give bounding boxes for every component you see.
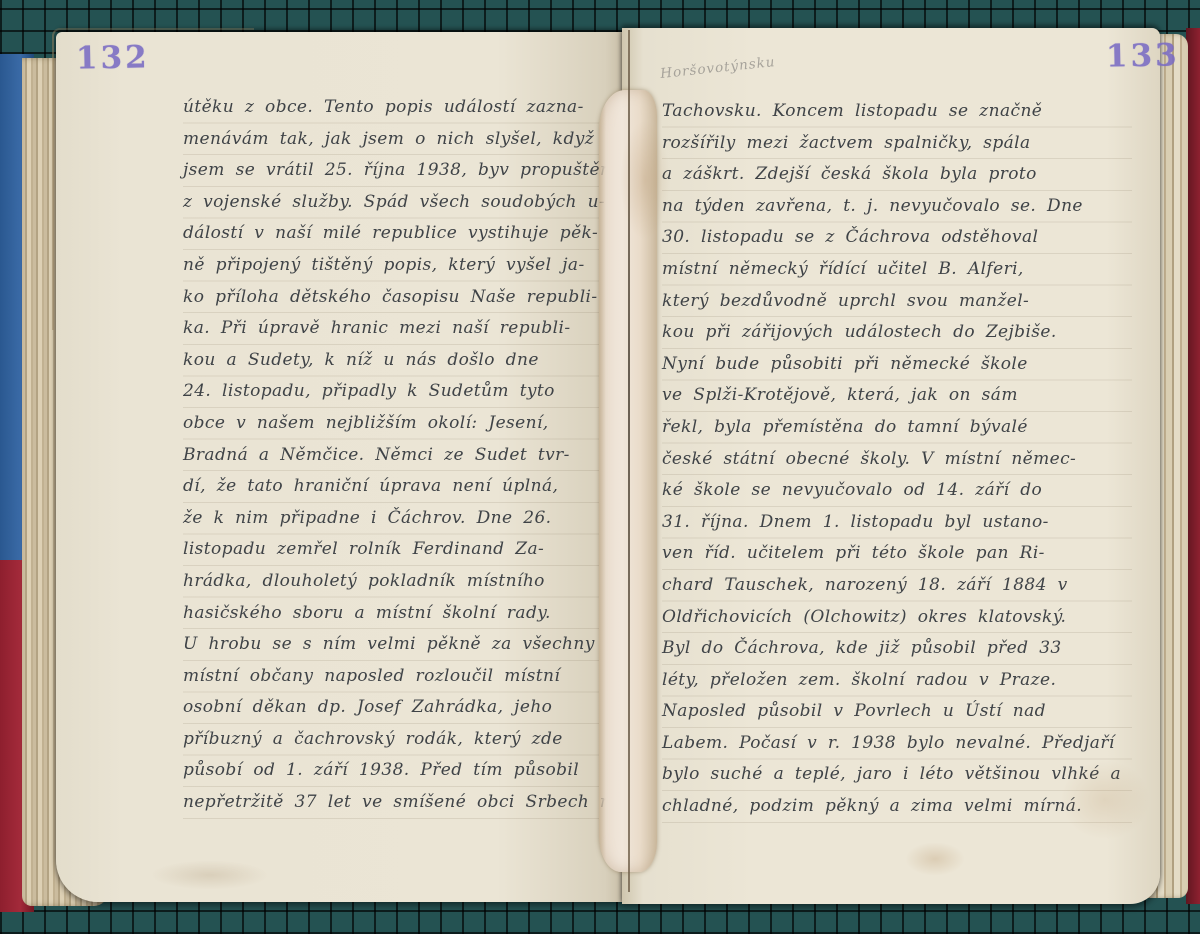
handwriting-line: U hrobu se s ním velmi pěkně za všechny (183, 629, 599, 661)
book-scan: 132 útěku z obce. Tento popis událostí z… (0, 0, 1200, 934)
handwriting-line: jsem se vrátil 25. října 1938, byv propu… (183, 155, 599, 187)
handwriting-line: chladné, podzim pěkný a zima velmi mírná… (662, 791, 1132, 823)
handwriting-line: kou a Sudety, k níž u nás došlo dne (183, 345, 599, 377)
handwriting-line: místní občany naposled rozloučil místní (183, 661, 599, 693)
handwriting-line: kou při zářijových událostech do Zejbiše… (662, 317, 1132, 349)
handwriting-line: ké škole se nevyučovalo od 14. září do (662, 475, 1132, 507)
handwriting-line: na týden zavřena, t. j. nevyučovalo se. … (662, 191, 1132, 223)
handwriting-line: 30. listopadu se z Čáchrova odstěhoval (662, 222, 1132, 254)
handwriting-line: který bezdůvodně uprchl svou manžel- (662, 286, 1132, 318)
handwriting-line: Labem. Počasí v r. 1938 bylo nevalné. Př… (662, 728, 1132, 760)
handwriting-line: že k nim připadne i Čáchrov. Dne 26. (183, 503, 599, 535)
handwriting-line: ve Splži-Krotějově, která, jak on sám (662, 380, 1132, 412)
handwriting-line: menávám tak, jak jsem o nich slyšel, kdy… (183, 124, 599, 156)
page-133: 133 Horšovotýnsku Tachovsku. Koncem list… (622, 28, 1160, 904)
handwriting-line: osobní děkan dp. Josef Zahrádka, jeho (183, 692, 599, 724)
pencil-annotation: Horšovotýnsku (659, 54, 776, 82)
handwriting-line: nepřetržitě 37 let ve smíšené obci Srbec… (183, 787, 599, 819)
handwriting-line: Tachovsku. Koncem listopadu se značně (662, 96, 1132, 128)
handwriting-line: dálostí v naší milé republice vystihuje … (183, 218, 599, 250)
handwriting-line: příbuzný a čachrovský rodák, který zde (183, 724, 599, 756)
handwritten-text-right: Tachovsku. Koncem listopadu se značněroz… (662, 96, 1132, 823)
page-number-stamp-right: 133 (1106, 37, 1180, 74)
spine-repair-tape (599, 90, 657, 872)
handwriting-line: Naposled působil v Povrlech u Ústí nad (662, 696, 1132, 728)
page-number-stamp-left: 132 (76, 39, 150, 76)
handwriting-line: Byl do Čáchrova, kde již působil před 33 (662, 633, 1132, 665)
handwriting-line: dí, že tato hraniční úprava není úplná, (183, 471, 599, 503)
handwriting-line: Bradná a Němčice. Němci ze Sudet tvr- (183, 440, 599, 472)
handwriting-line: rozšířily mezi žactvem spalničky, spála (662, 128, 1132, 160)
handwriting-line: a záškrt. Zdejší česká škola byla proto (662, 159, 1132, 191)
handwriting-line: české státní obecné školy. V místní něme… (662, 444, 1132, 476)
handwriting-line: útěku z obce. Tento popis událostí zazna… (183, 92, 599, 124)
book-cover-red-edge-right (1186, 28, 1200, 904)
handwriting-line: působí od 1. září 1938. Před tím působil (183, 755, 599, 787)
handwriting-line: hrádka, dlouholetý pokladník místního (183, 566, 599, 598)
handwriting-line: 31. října. Dnem 1. listopadu byl ustano- (662, 507, 1132, 539)
handwriting-line: léty, přeložen zem. školní radou v Praze… (662, 665, 1132, 697)
handwriting-line: ně připojený tištěný popis, který vyšel … (183, 250, 599, 282)
handwriting-line: hasičského sboru a místní školní rady. (183, 598, 599, 630)
handwritten-text-left: útěku z obce. Tento popis událostí zazna… (183, 92, 599, 819)
handwriting-line: ko příloha dětského časopisu Naše republ… (183, 282, 599, 314)
handwriting-line: řekl, byla přemístěna do tamní bývalé (662, 412, 1132, 444)
handwriting-line: ven říd. učitelem při této škole pan Ri- (662, 538, 1132, 570)
handwriting-line: obce v našem nejbližším okolí: Jesení, (183, 408, 599, 440)
handwriting-line: listopadu zemřel rolník Ferdinand Za- (183, 534, 599, 566)
handwriting-line: místní německý řídící učitel B. Alferi, (662, 254, 1132, 286)
handwriting-line: Oldřichovicích (Olchowitz) okres klatovs… (662, 602, 1132, 634)
handwriting-line: ka. Při úpravě hranic mezi naší republi- (183, 313, 599, 345)
handwriting-line: 24. listopadu, připadly k Sudetům tyto (183, 376, 599, 408)
handwriting-line: z vojenské služby. Spád všech soudobých … (183, 187, 599, 219)
handwriting-line: chard Tauschek, narozený 18. září 1884 v (662, 570, 1132, 602)
handwriting-line: bylo suché a teplé, jaro i léto většinou… (662, 759, 1132, 791)
page-132: 132 útěku z obce. Tento popis událostí z… (56, 32, 622, 902)
handwriting-line: Nyní bude působiti při německé škole (662, 349, 1132, 381)
